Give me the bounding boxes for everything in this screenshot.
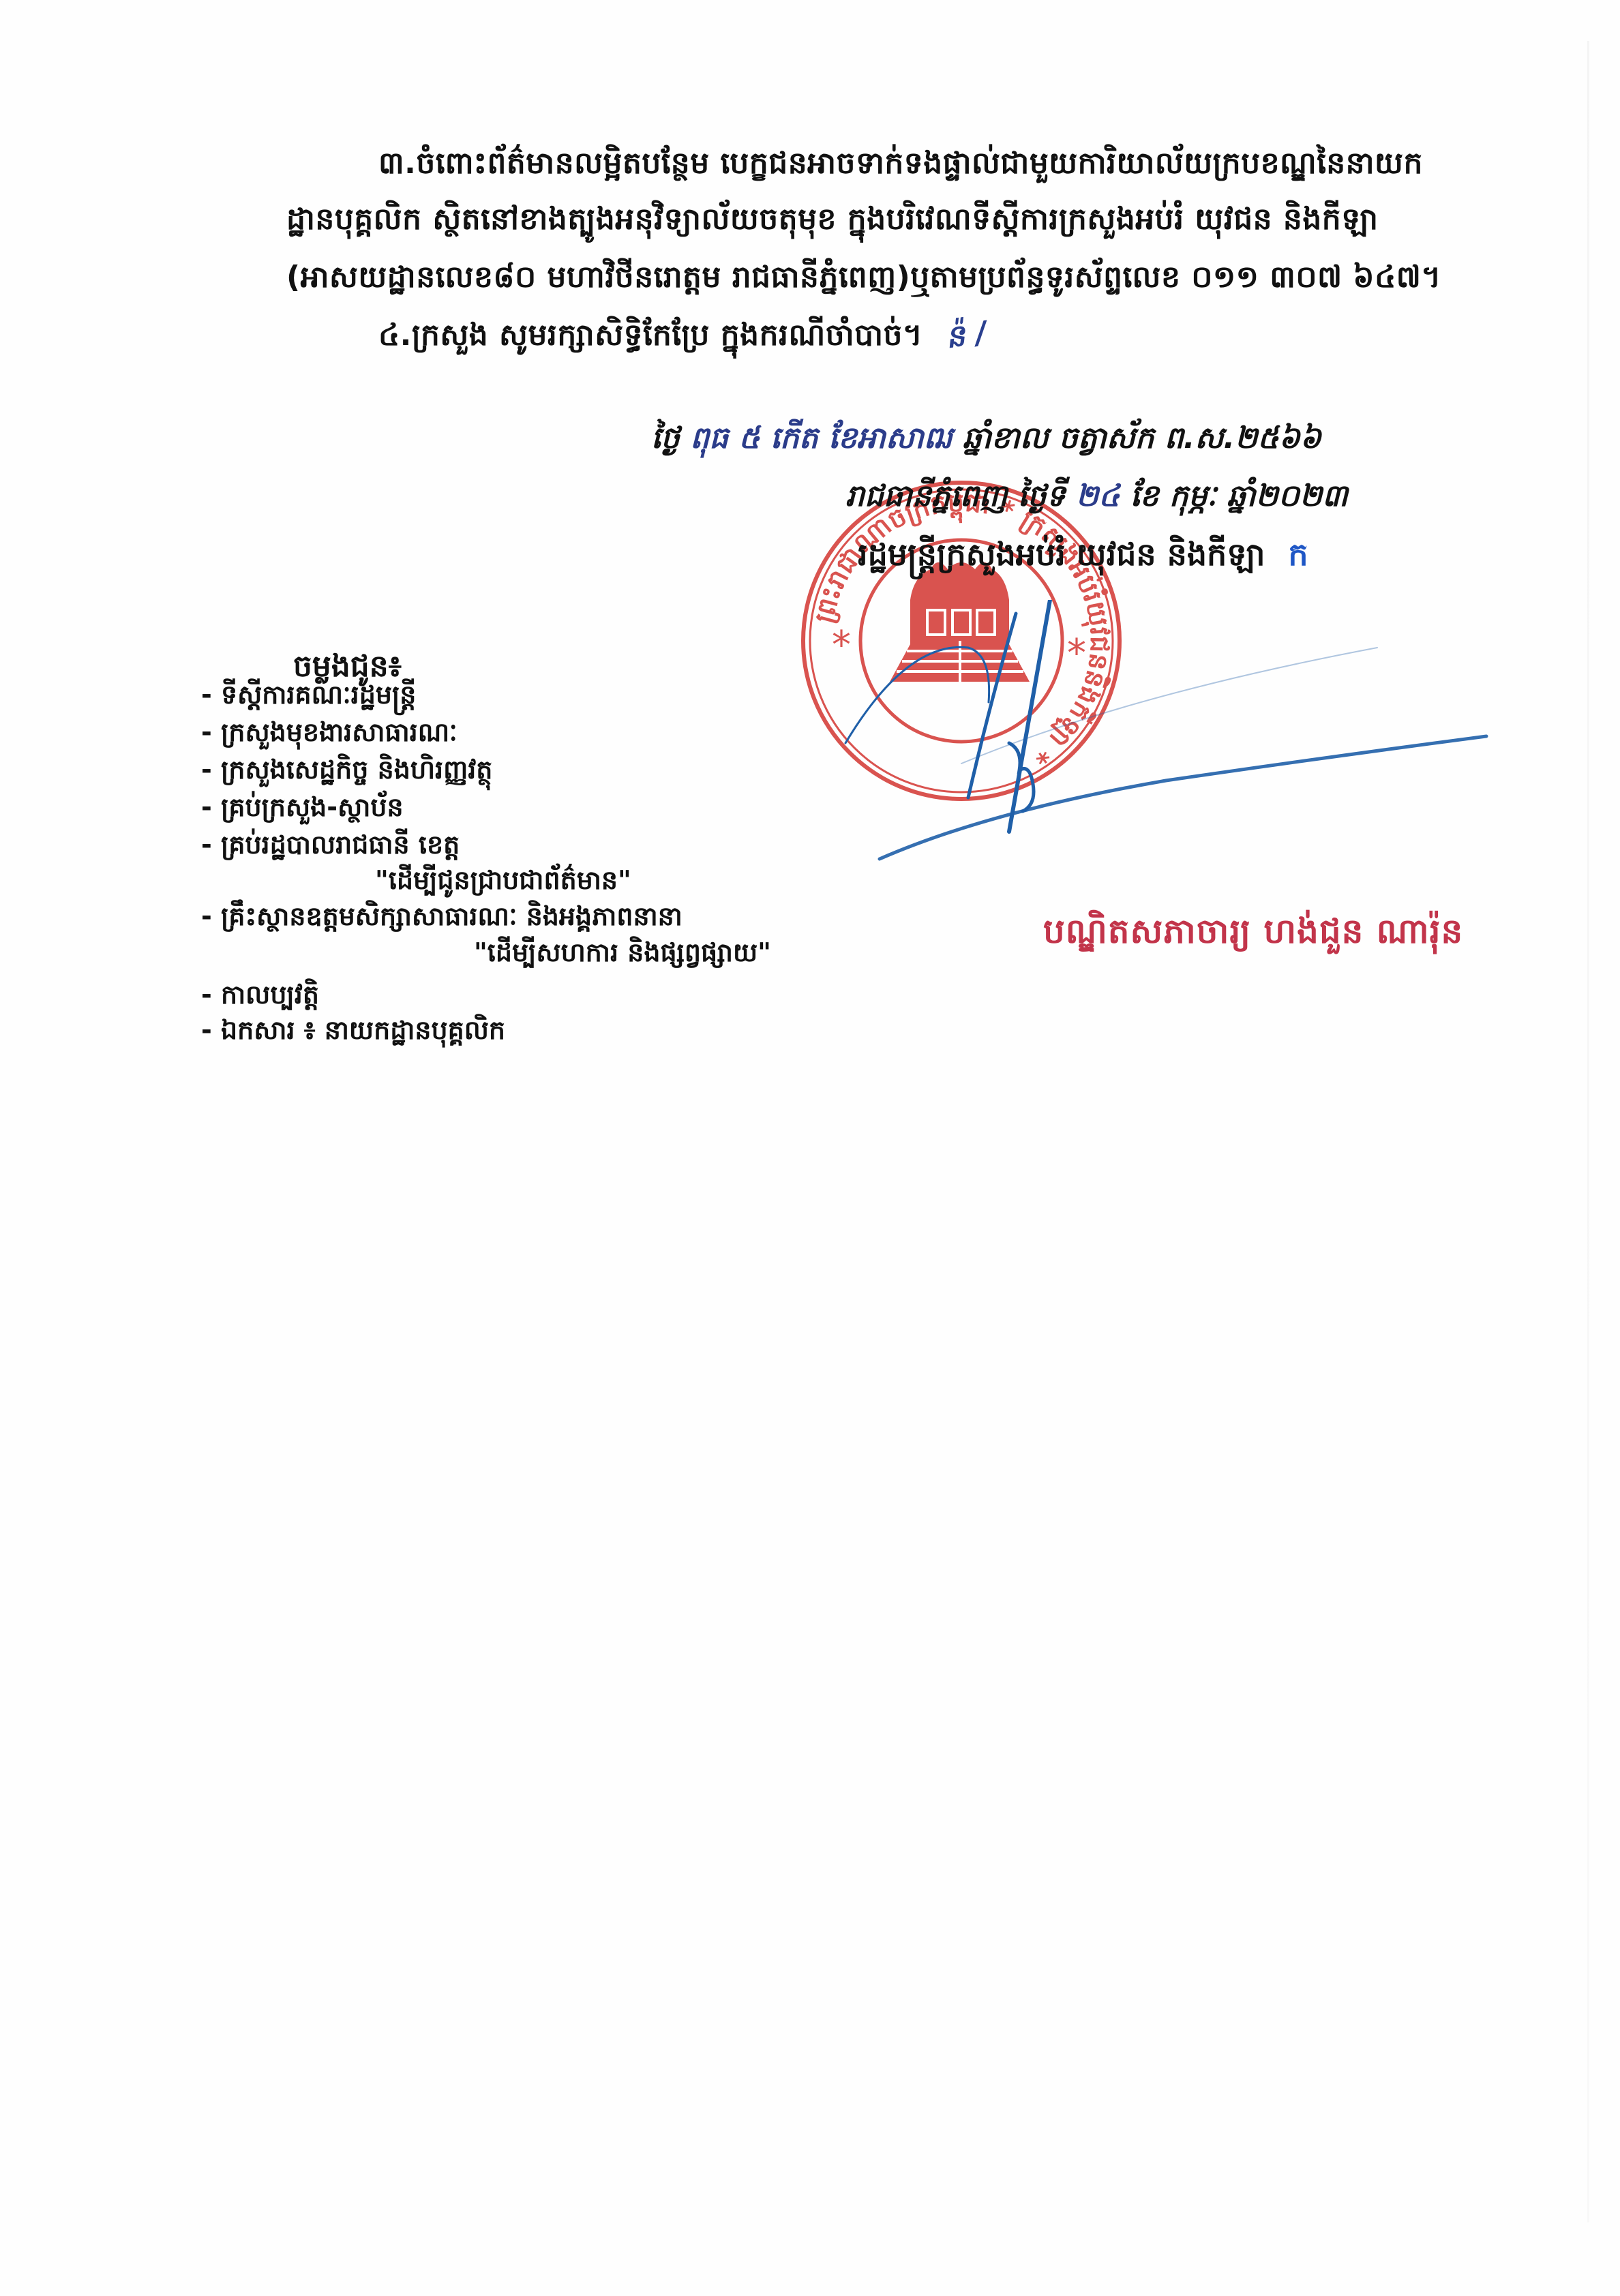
minister-initial-icon: ក [1288, 536, 1308, 573]
cc-item: - ក្រសួងមុខងារសាធារណៈ [201, 719, 457, 745]
svg-text:*: * [832, 623, 851, 667]
scan-edge-artifact [1587, 41, 1589, 2222]
paragraph-4-text: ៤.ក្រសួង សូមរក្សាសិទ្ធិកែប្រែ ក្នុងករណីច… [378, 318, 922, 352]
date-solar-handwritten: ២៤ [1076, 479, 1120, 513]
cc-note: "ដើម្បីសហការ និងផ្សព្វផ្សាយ" [474, 939, 771, 965]
date-lunar-handwritten: ពុធ ៥ កើត ខែអាសាឍ [690, 421, 952, 455]
signer-name: បណ្ឌិតសភាចារ្យ ហង់ជួន ណារ៉ុន [1043, 910, 1463, 960]
date-lunar-prefix: ថ្ងៃ [651, 421, 680, 455]
paragraph-3-line-3: (អាសយដ្ឋានលេខ៨០ មហាវិថីនរោត្តម រាជធានីភ្… [286, 262, 1441, 292]
official-seal-icon: * * ព្រះរាជាណាចក្រកម្ពុជា * ក្រសួងអប់រំយ… [794, 474, 1128, 808]
cc-item: - កាលប្បវត្តិ [201, 982, 319, 1008]
cc-item: - ក្រសួងសេដ្ឋកិច្ច និងហិរញ្ញវត្ថុ [201, 757, 492, 783]
date-solar-suffix: ខែ កុម្ភៈ ឆ្នាំ២០២៣ [1130, 479, 1348, 513]
cc-item: - គ្រប់ក្រសួង-ស្ថាប័ន [201, 794, 404, 820]
date-solar-prefix: រាជធានីភ្នំពេញ ថ្ងៃទី [845, 479, 1066, 513]
cc-item: - ឯកសារ ៖ នាយកដ្ឋានបុគ្គលិក [201, 1017, 505, 1043]
minister-title-text: រដ្ឋមន្ត្រីក្រសួងអប់រំ យុវជន និងកីឡា [858, 536, 1265, 573]
document-page: ៣.ចំពោះព័ត៌មានលម្អិតបន្ថែម បេក្ខជនអាចទាក… [0, 0, 1620, 2296]
paragraph-3-line-1: ៣.ចំពោះព័ត៌មានលម្អិតបន្ថែម បេក្ខជនអាចទាក… [378, 149, 1423, 179]
date-lunar: ថ្ងៃ ពុធ ៥ កើត ខែអាសាឍ ឆ្នាំខាល ចត្វាស័ក… [651, 419, 1321, 463]
cc-item: - ទីស្តីការគណៈរដ្ឋមន្ត្រី [201, 682, 416, 708]
cc-note: "ដើម្បីជូនជ្រាបជាព័ត៌មាន" [375, 867, 631, 893]
minister-title: រដ្ឋមន្ត្រីក្រសួងអប់រំ យុវជន និងកីឡា ក [858, 535, 1308, 581]
paragraph-4: ៤.ក្រសួង សូមរក្សាសិទ្ធិកែប្រែ ក្នុងករណីច… [378, 320, 987, 350]
initial-mark-icon: ន៉ ∕ [944, 318, 989, 353]
date-solar: រាជធានីភ្នំពេញ ថ្ងៃទី ២៤ ខែ កុម្ភៈ ឆ្នាំ… [845, 477, 1348, 521]
date-lunar-suffix: ឆ្នាំខាល ចត្វាស័ក ព.ស.២៥៦៦ [963, 421, 1321, 455]
cc-item: - គ្រប់រដ្ឋបាលរាជធានី ខេត្ត [201, 832, 460, 858]
cc-item: - គ្រឹះស្ថានឧត្តមសិក្សាសាធារណៈ និងអង្គភា… [201, 903, 682, 929]
paragraph-3-line-2: ដ្ឋានបុគ្គលិក ស្ថិតនៅខាងត្បូងអនុវិទ្យាល័… [286, 205, 1378, 235]
